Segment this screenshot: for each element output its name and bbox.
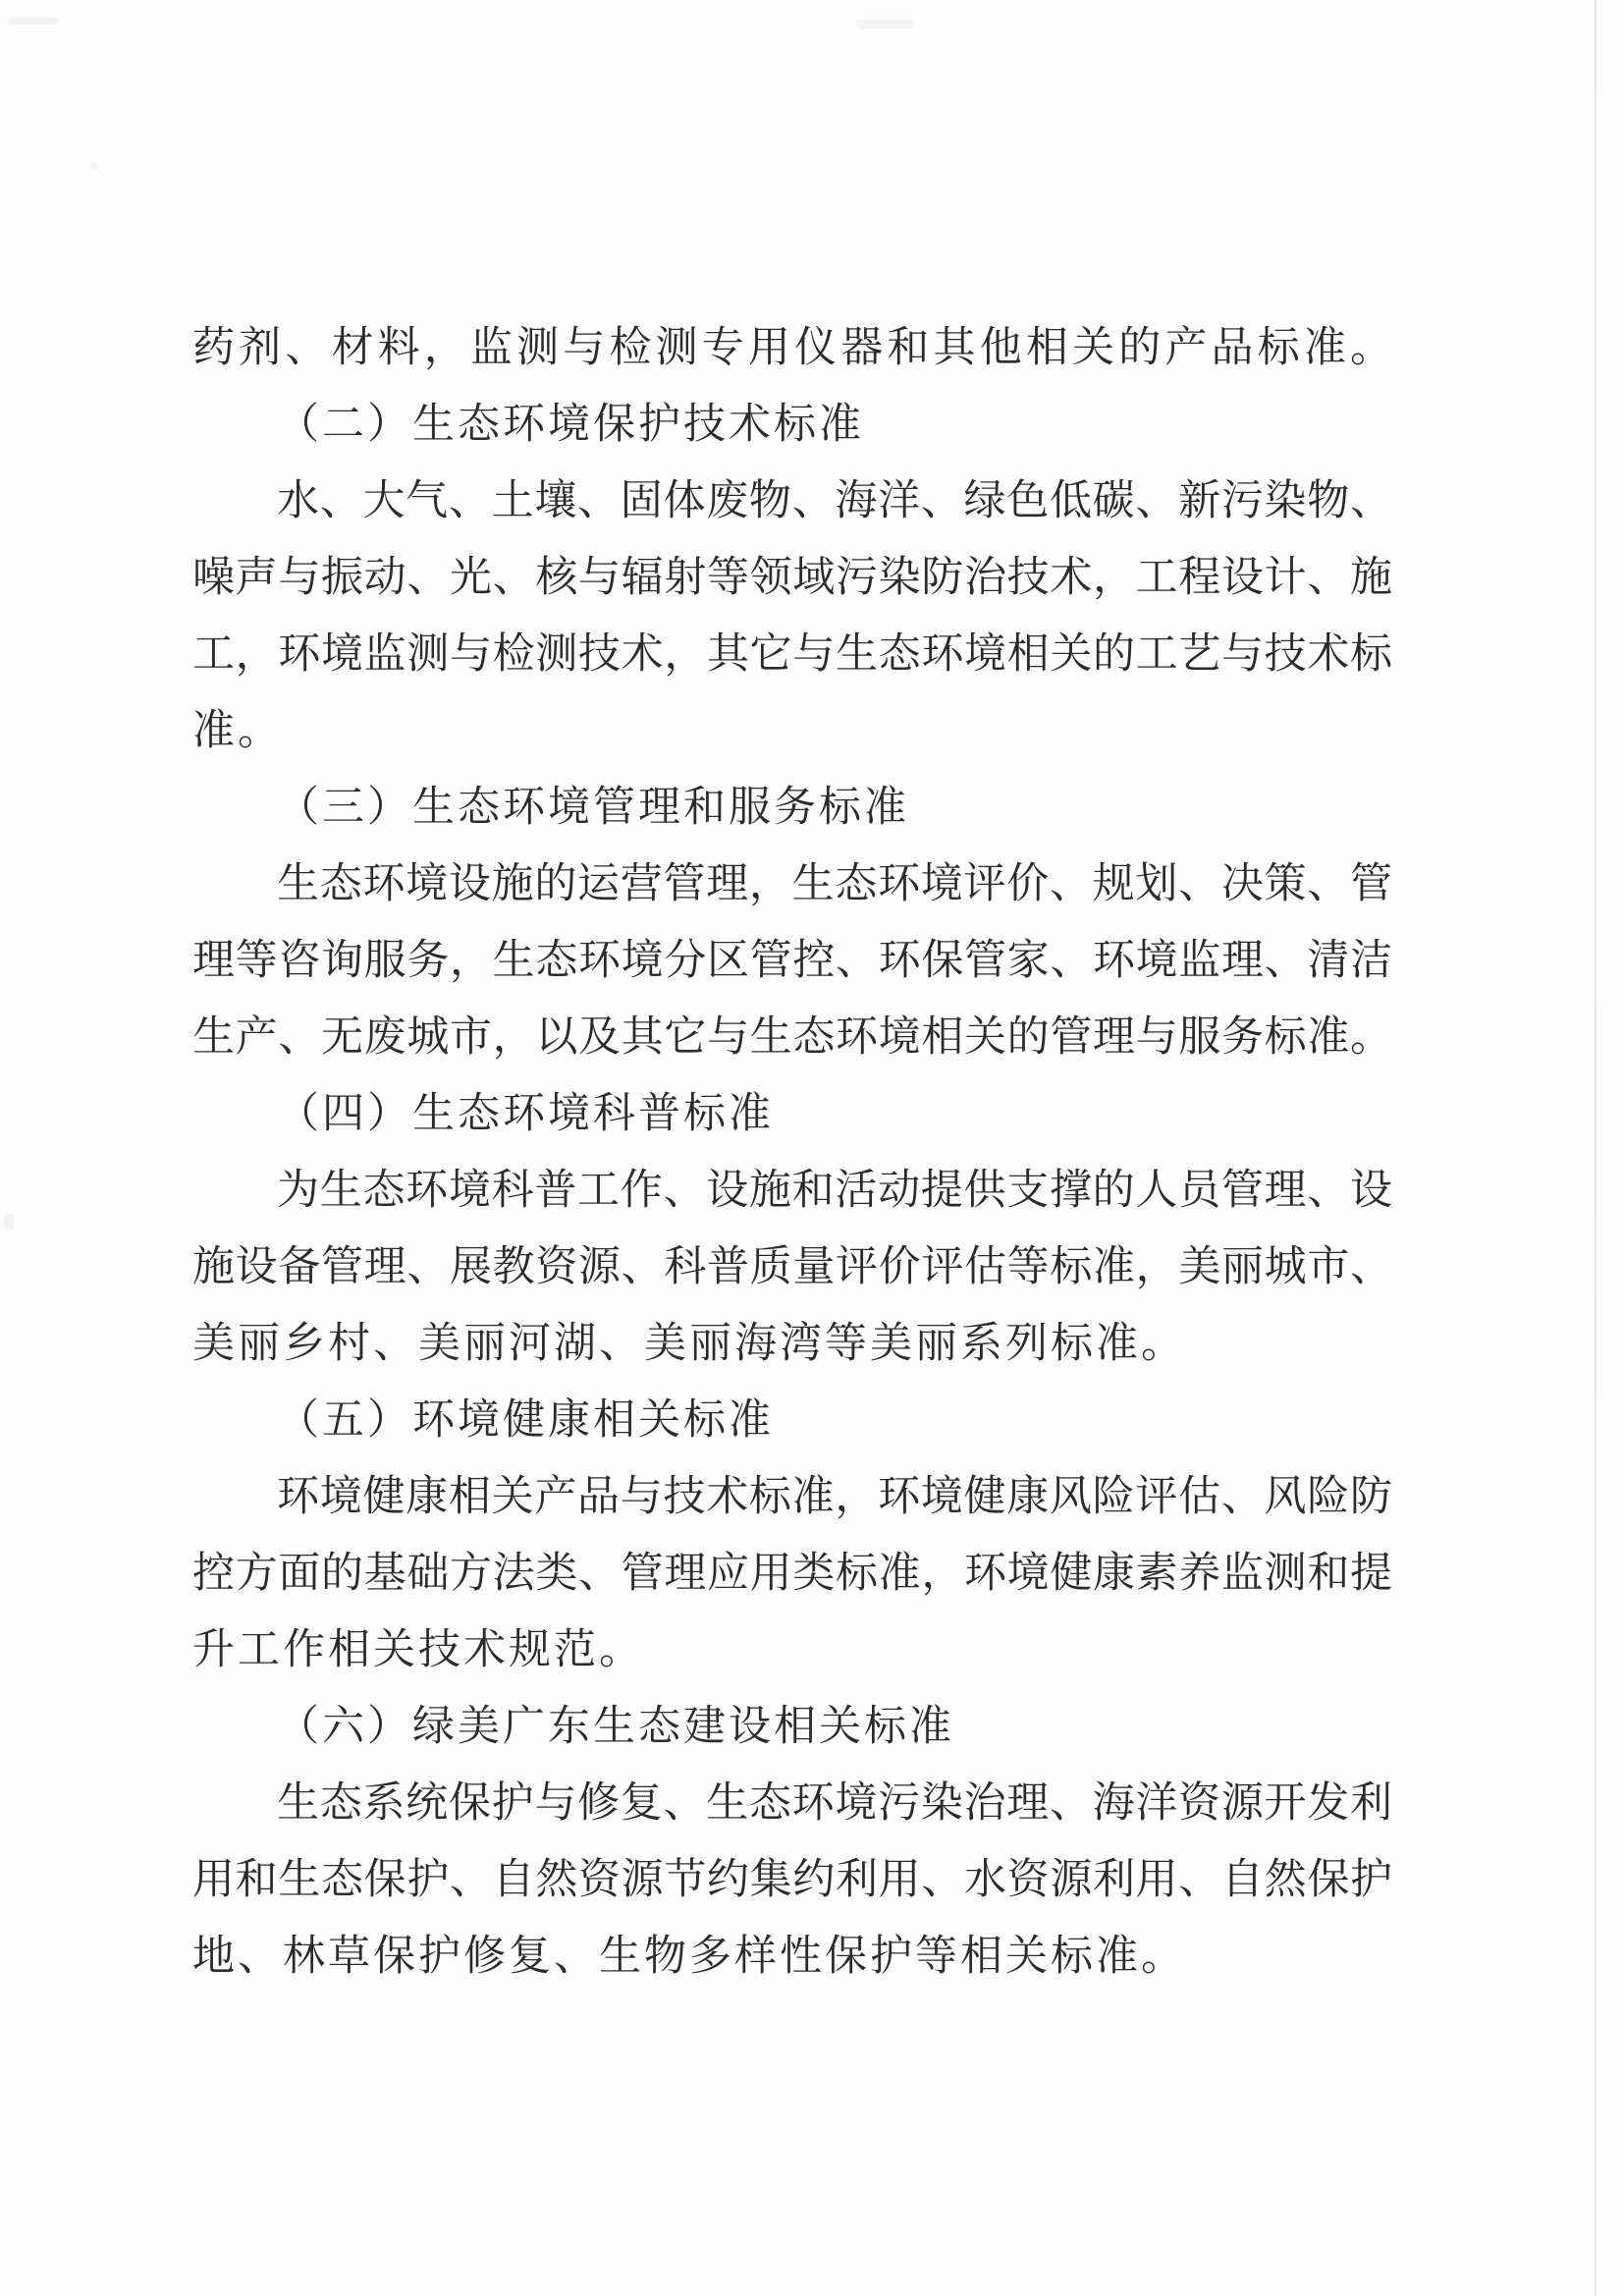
text-line: 理等咨询服务，生态环境分区管控、环保管家、环境监理、清洁	[192, 923, 1392, 1000]
text-line: 升工作相关技术规范。	[192, 1613, 1392, 1689]
section-heading: （六）绿美广东生态建设相关标准	[192, 1689, 1392, 1766]
text-line: 药剂、材料，监测与检测专用仪器和其他相关的产品标准。	[192, 310, 1392, 387]
section-heading: （五）环境健康相关标准	[192, 1383, 1392, 1459]
section-heading: （二）生态环境保护技术标准	[192, 387, 1392, 464]
text-line: 用和生态保护、自然资源节约集约利用、水资源利用、自然保护	[192, 1842, 1392, 1919]
text-line: 控方面的基础方法类、管理应用类标准，环境健康素养监测和提	[192, 1536, 1392, 1613]
text-line: 施设备管理、展教资源、科普质量评价评估等标准，美丽城市、	[192, 1230, 1392, 1306]
scan-smudge	[90, 163, 98, 171]
section-heading: （四）生态环境科普标准	[192, 1076, 1392, 1153]
scan-smudge	[4, 1214, 14, 1230]
scan-smudge	[856, 20, 913, 28]
text-line: 美丽乡村、美丽河湖、美丽海湾等美丽系列标准。	[192, 1306, 1392, 1383]
scan-artifact-line	[1595, 0, 1596, 2296]
scan-smudge	[8, 18, 59, 25]
text-line: 环境健康相关产品与技术标准，环境健康风险评估、风险防	[192, 1459, 1392, 1536]
text-line: 生态系统保护与修复、生态环境污染治理、海洋资源开发利	[192, 1766, 1392, 1842]
text-line: 噪声与振动、光、核与辐射等领域污染防治技术，工程设计、施	[192, 540, 1392, 617]
document-page: 药剂、材料，监测与检测专用仪器和其他相关的产品标准。 （二）生态环境保护技术标准…	[0, 0, 1623, 2296]
section-heading: （三）生态环境管理和服务标准	[192, 770, 1392, 847]
text-line: 准。	[192, 693, 1392, 770]
document-body: 药剂、材料，监测与检测专用仪器和其他相关的产品标准。 （二）生态环境保护技术标准…	[192, 310, 1392, 1995]
text-line: 工，环境监测与检测技术，其它与生态环境相关的工艺与技术标	[192, 617, 1392, 693]
text-line: 为生态环境科普工作、设施和活动提供支撑的人员管理、设	[192, 1153, 1392, 1230]
text-line: 生产、无废城市，以及其它与生态环境相关的管理与服务标准。	[192, 1000, 1392, 1076]
text-line: 水、大气、土壤、固体废物、海洋、绿色低碳、新污染物、	[192, 464, 1392, 540]
text-line: 地、林草保护修复、生物多样性保护等相关标准。	[192, 1919, 1392, 1995]
text-line: 生态环境设施的运营管理，生态环境评价、规划、决策、管	[192, 847, 1392, 923]
